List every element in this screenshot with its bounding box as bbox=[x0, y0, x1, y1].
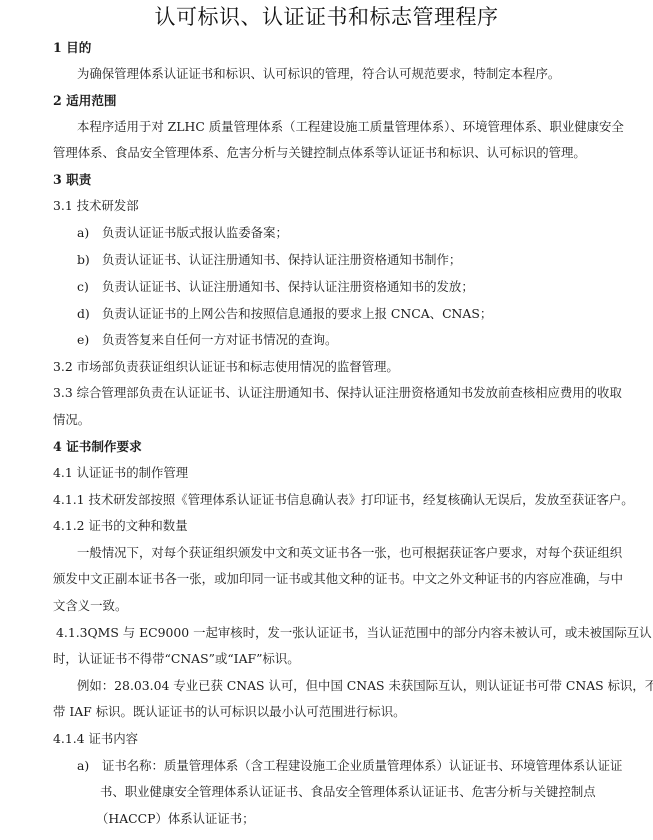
section-3-heading: 3 职责 bbox=[53, 171, 608, 189]
section-3-1-heading: 3.1 技术研发部 bbox=[53, 197, 608, 215]
document-page: 认可标识、认证证书和标志管理程序 1 目的 为确保管理体系认证证书和标识、认可标… bbox=[0, 0, 653, 840]
section-4-heading: 4 证书制作要求 bbox=[53, 438, 608, 456]
list-item-continuation: （HACCP）体系认证证书； bbox=[96, 810, 651, 828]
list-item: a)负责认证证书版式报认监委备案； bbox=[77, 224, 632, 242]
list-item: c)负责认证证书、认证注册通知书、保持认证注册资格通知书的发放； bbox=[77, 278, 632, 296]
list-marker: b) bbox=[77, 251, 102, 269]
section-2-heading: 2 适用范围 bbox=[53, 92, 608, 110]
list-item-text: 证书名称：质量管理体系（含工程建设施工企业质量管理体系）认证证书、环境管理体系认… bbox=[102, 758, 622, 773]
list-marker: a) bbox=[77, 224, 102, 242]
list-item-text: 负责认证证书版式报认监委备案； bbox=[102, 225, 288, 240]
section-3-3-text-line1: 3.3 综合管理部负责在认证证书、认证注册通知书、保持认证注册资格通知书发放前查… bbox=[53, 384, 608, 402]
section-4-1-3-line2: 时，认证证书不得带“CNAS”或“IAF”标识。 bbox=[53, 650, 608, 668]
section-4-1-1-text: 4.1.1 技术研发部按照《管理体系认证证书信息确认表》打印证书，经复核确认无误… bbox=[53, 491, 608, 509]
section-4-1-2-line2: 颁发中文正副本证书各一张，或加印同一证书或其他文种的证书。中文之外文种证书的内容… bbox=[53, 570, 608, 588]
list-marker: e) bbox=[77, 331, 102, 349]
section-2-text-line2: 管理体系、食品安全管理体系、危害分析与关键控制点体系等认证证书和标识、认可标识的… bbox=[53, 144, 608, 162]
section-4-1-heading: 4.1 认证证书的制作管理 bbox=[53, 464, 608, 482]
list-item-text: 负责答复来自任何一方对证书情况的查询。 bbox=[102, 332, 337, 347]
list-marker: d) bbox=[77, 305, 102, 323]
list-marker: c) bbox=[77, 278, 102, 296]
list-item-text: 负责认证证书、认证注册通知书、保持认证注册资格通知书制作； bbox=[102, 252, 461, 267]
list-item: d)负责认证证书的上网公告和按照信息通报的要求上报 CNCA、CNAS； bbox=[77, 305, 632, 323]
list-item-text: 负责认证证书、认证注册通知书、保持认证注册资格通知书的发放； bbox=[102, 279, 474, 294]
list-marker: a) bbox=[77, 757, 102, 775]
section-1-text: 为确保管理体系认证证书和标识、认可标识的管理，符合认可规范要求，特制定本程序。 bbox=[77, 65, 632, 83]
section-4-1-2-heading: 4.1.2 证书的文种和数量 bbox=[53, 517, 608, 535]
list-item: e)负责答复来自任何一方对证书情况的查询。 bbox=[77, 331, 632, 349]
section-4-1-2-line1: 一般情况下，对每个获证组织颁发中文和英文证书各一张，也可根据获证客户要求，对每个… bbox=[77, 544, 632, 562]
document-title: 认可标识、认证证书和标志管理程序 bbox=[0, 3, 653, 31]
list-item: a)证书名称：质量管理体系（含工程建设施工企业质量管理体系）认证证书、环境管理体… bbox=[77, 757, 632, 775]
section-4-1-3-line1: 4.1.3QMS 与 EC9000 一起审核时，发一张认证证书，当认证范围中的部… bbox=[56, 624, 611, 642]
section-3-2-text: 3.2 市场部负责获证组织认证证书和标志使用情况的监督管理。 bbox=[53, 358, 608, 376]
section-3-3-text-line2: 情况。 bbox=[53, 411, 608, 429]
section-1-heading: 1 目的 bbox=[53, 39, 608, 57]
section-4-1-2-line3: 文含义一致。 bbox=[53, 597, 608, 615]
list-item: b)负责认证证书、认证注册通知书、保持认证注册资格通知书制作； bbox=[77, 251, 632, 269]
section-4-1-4-heading: 4.1.4 证书内容 bbox=[53, 730, 608, 748]
section-4-1-3-example-line1: 例如：28.03.04 专业已获 CNAS 认可，但中国 CNAS 未获国际互认… bbox=[77, 677, 632, 695]
list-item-continuation: 书、职业健康安全管理体系认证证书、食品安全管理体系认证证书、危害分析与关键控制点 bbox=[100, 783, 653, 801]
section-4-1-3-example-line2: 带 IAF 标识。既认证证书的认可标识以最小认可范围进行标识。 bbox=[53, 703, 608, 721]
section-2-text-line1: 本程序适用于对 ZLHC 质量管理体系（工程建设施工质量管理体系）、环境管理体系… bbox=[77, 118, 632, 136]
list-item-text: 负责认证证书的上网公告和按照信息通报的要求上报 CNCA、CNAS； bbox=[102, 306, 492, 321]
